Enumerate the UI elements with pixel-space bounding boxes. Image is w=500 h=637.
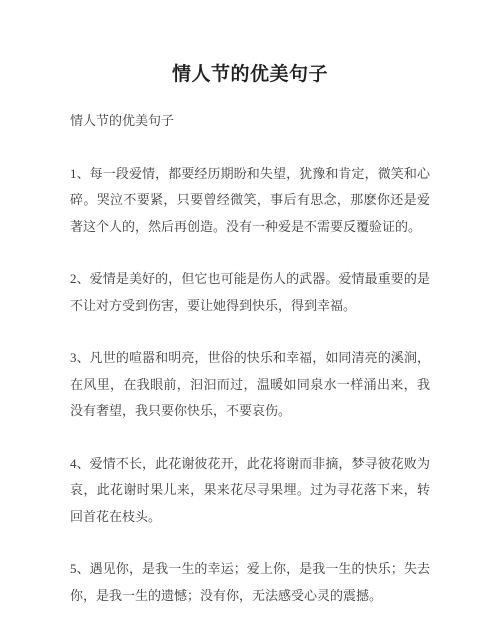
- paragraph-1: 1、每一段爱情，都要经历期盼和失望，犹豫和肯定，微笑和心碎。哭泣不要紧，只要曾经…: [70, 161, 430, 241]
- paragraph-5: 5、遇见你，是我一生的幸运；爱上你，是我一生的快乐；失去你，是我一生的遗憾；没有…: [70, 556, 430, 609]
- document-subtitle: 情人节的优美句子: [70, 108, 430, 135]
- paragraph-4: 4、爱情不长，此花谢彼花开，此花将谢而非摘，梦寻彼花败为哀，此花谢时果儿来，果来…: [70, 451, 430, 531]
- document-page: 情人节的优美句子 情人节的优美句子 1、每一段爱情，都要经历期盼和失望，犹豫和肯…: [0, 0, 500, 637]
- document-title: 情人节的优美句子: [70, 60, 430, 90]
- paragraph-2: 2、爱情是美好的，但它也可能是伤人的武器。爱情最重要的是不让对方受到伤害，要让她…: [70, 266, 430, 319]
- paragraph-3: 3、凡世的喧嚣和明亮，世俗的快乐和幸福，如同清亮的溪涧，在风里，在我眼前，汩汩而…: [70, 345, 430, 425]
